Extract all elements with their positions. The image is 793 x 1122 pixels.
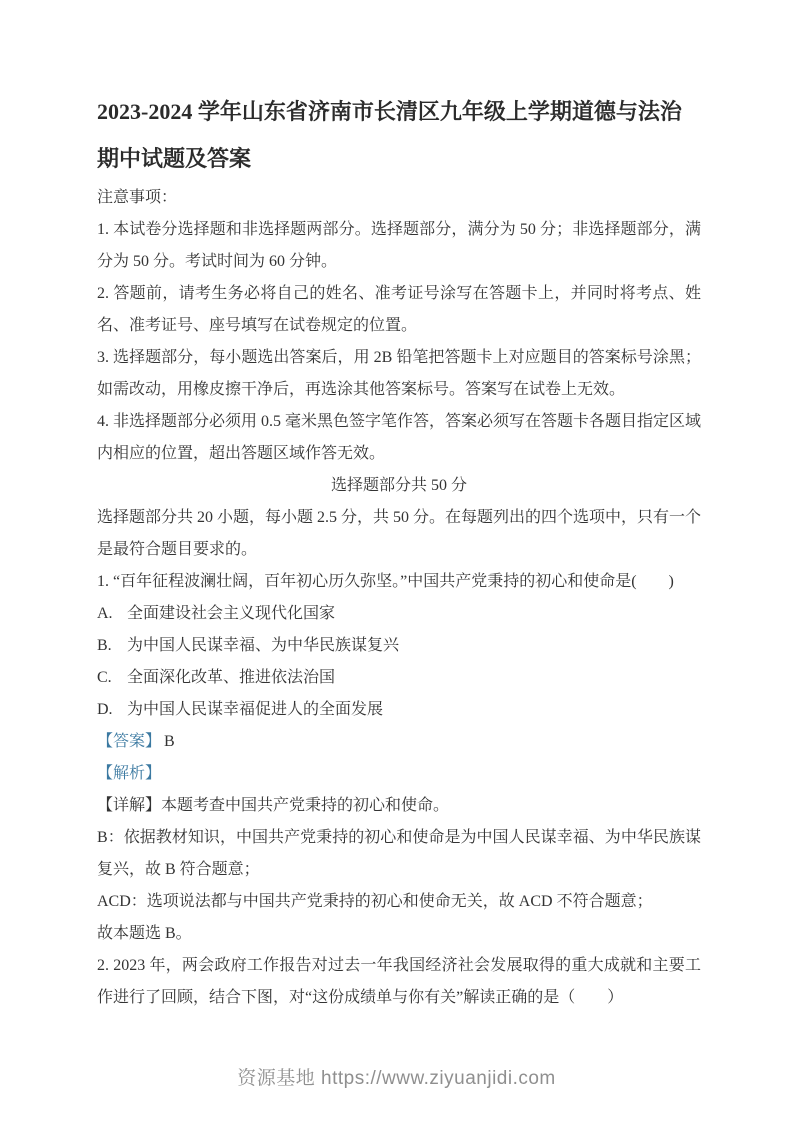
question-1-option-b: B.为中国人民谋幸福、为中华民族谋复兴 <box>97 630 701 662</box>
footer-watermark: 资源基地 https://www.ziyuanjidi.com <box>0 1063 793 1090</box>
option-text: 为中国人民谋幸福促进人的全面发展 <box>127 701 383 718</box>
analysis-label: 【解析】 <box>97 765 161 782</box>
option-text: 为中国人民谋幸福、为中华民族谋复兴 <box>127 637 399 654</box>
answer-value: B <box>164 733 175 750</box>
notice-item: 1. 本试卷分选择题和非选择题两部分。选择题部分，满分为 50 分；非选择题部分… <box>97 214 701 278</box>
explanation-line: B：依据教材知识，中国共产党秉持的初心和使命是为中国人民谋幸福、为中华民族谋复兴… <box>97 822 701 886</box>
option-letter: B. <box>97 630 115 662</box>
question-1-option-d: D.为中国人民谋幸福促进人的全面发展 <box>97 694 701 726</box>
option-text: 全面建设社会主义现代化国家 <box>127 605 335 622</box>
document-body: 注意事项： 1. 本试卷分选择题和非选择题两部分。选择题部分，满分为 50 分；… <box>97 182 701 1014</box>
option-letter: C. <box>97 662 115 694</box>
question-2-stem: 2. 2023 年，两会政府工作报告对过去一年我国经济社会发展取得的重大成就和主… <box>97 950 701 1014</box>
answer-line: 【答案】B <box>97 726 701 758</box>
explanation-line: 故本题选 B。 <box>97 918 701 950</box>
exam-page: 2023-2024 学年山东省济南市长清区九年级上学期道德与法治期中试题及答案 … <box>0 0 793 1122</box>
question-1-stem: 1. “百年征程波澜壮阔，百年初心历久弥坚。”中国共产党秉持的初心和使命是( ) <box>97 566 701 598</box>
section-header: 选择题部分共 50 分 <box>97 470 701 502</box>
answer-label: 【答案】 <box>97 733 161 750</box>
question-1-option-a: A.全面建设社会主义现代化国家 <box>97 598 701 630</box>
notice-item: 3. 选择题部分，每小题选出答案后，用 2B 铅笔把答题卡上对应题目的答案标号涂… <box>97 342 701 406</box>
notice-item: 2. 答题前，请考生务必将自己的姓名、准考证号涂写在答题卡上，并同时将考点、姓名… <box>97 278 701 342</box>
notice-item: 4. 非选择题部分必须用 0.5 毫米黑色签字笔作答，答案必须写在答题卡各题目指… <box>97 406 701 470</box>
page-title: 2023-2024 学年山东省济南市长清区九年级上学期道德与法治期中试题及答案 <box>97 88 701 182</box>
option-letter: D. <box>97 694 115 726</box>
analysis-line: 【解析】 <box>97 758 701 790</box>
option-letter: A. <box>97 598 115 630</box>
page-content: 2023-2024 学年山东省济南市长清区九年级上学期道德与法治期中试题及答案 … <box>97 88 701 1014</box>
question-1-option-c: C.全面深化改革、推进依法治国 <box>97 662 701 694</box>
detail-line: 【详解】本题考查中国共产党秉持的初心和使命。 <box>97 790 701 822</box>
option-text: 全面深化改革、推进依法治国 <box>127 669 335 686</box>
section-intro: 选择题部分共 20 小题，每小题 2.5 分，共 50 分。在每题列出的四个选项… <box>97 502 701 566</box>
explanation-line: ACD：选项说法都与中国共产党秉持的初心和使命无关，故 ACD 不符合题意； <box>97 886 701 918</box>
notice-heading: 注意事项： <box>97 182 701 214</box>
